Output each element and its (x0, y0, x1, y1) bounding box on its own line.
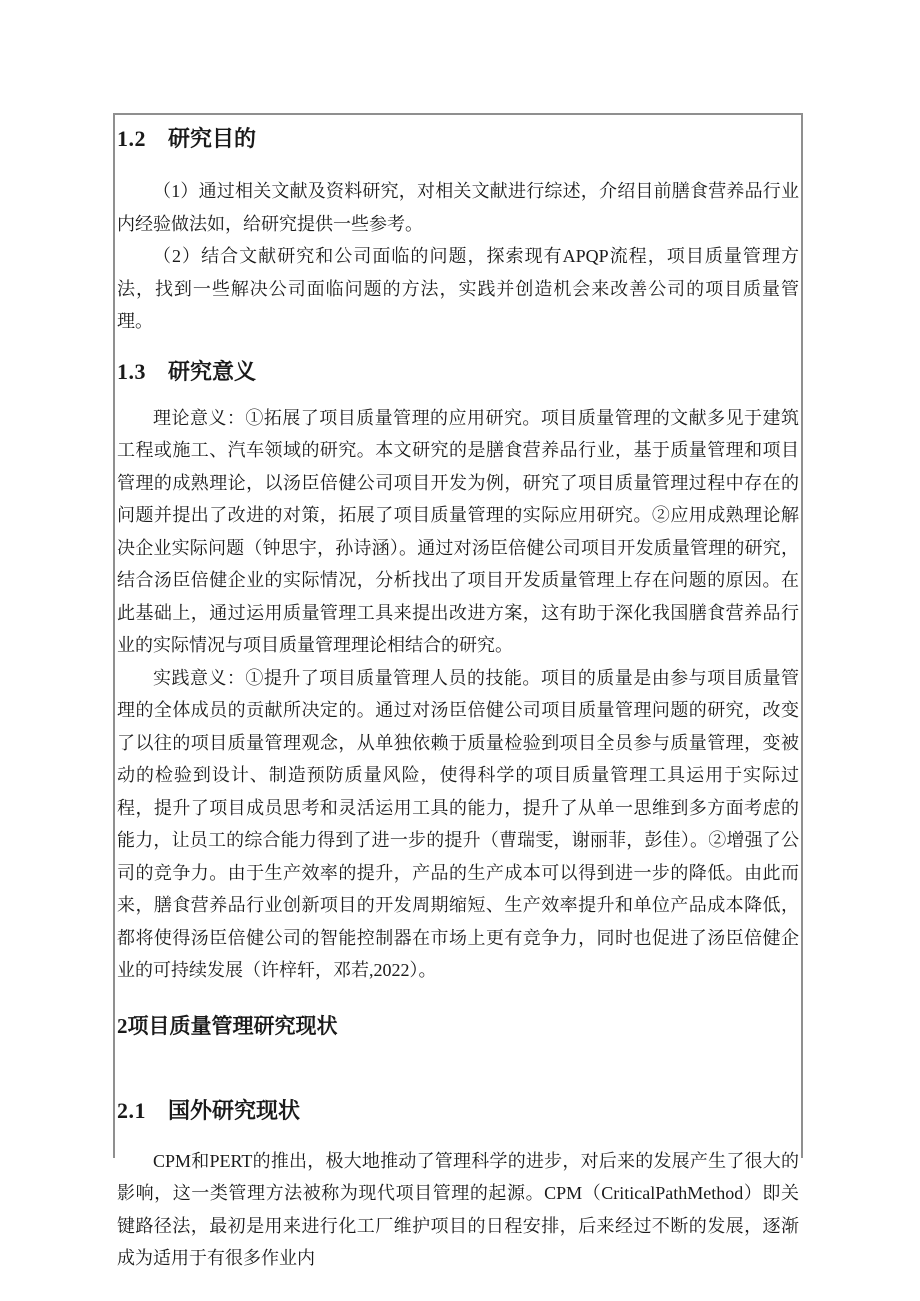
section-number: 1.2 (117, 126, 146, 151)
section-heading-2-1: 2.1国外研究现状 (117, 1093, 799, 1129)
document-page: { "doc": { "heading_1_2": { "number": "1… (0, 0, 920, 1301)
paragraph-practical-significance: 实践意义：①提升了项目质量管理人员的技能。项目的质量是由参与项目质量管理的全体成… (117, 662, 799, 987)
document-border-frame: 1.2研究目的 （1）通过相关文献及资料研究，对相关文献进行综述，介绍目前膳食营… (113, 113, 803, 1158)
section-title: 研究意义 (168, 359, 256, 384)
section-number: 2.1 (117, 1098, 146, 1123)
paragraph-cpm-pert: CPM和PERT的推出，极大地推动了管理科学的进步，对后来的发展产生了很大的影响… (117, 1145, 799, 1275)
section-title: 研究目的 (168, 126, 256, 151)
paragraph-theoretical-significance: 理论意义：①拓展了项目质量管理的应用研究。项目质量管理的文献多见于建筑工程或施工… (117, 402, 799, 662)
chapter-title: 项目质量管理研究现状 (128, 1014, 338, 1038)
paragraph-research-purpose-1: （1）通过相关文献及资料研究，对相关文献进行综述，介绍目前膳食营养品行业内经验做… (117, 175, 799, 240)
paragraph-research-purpose-2: （2）结合文献研究和公司面临的问题，探索现有APQP流程，项目质量管理方法，找到… (117, 240, 799, 338)
section-title: 国外研究现状 (168, 1098, 300, 1123)
chapter-number: 2 (117, 1014, 128, 1038)
section-heading-1-2: 1.2研究目的 (117, 121, 799, 157)
chapter-heading-2: 2项目质量管理研究现状 (117, 1009, 799, 1043)
section-number: 1.3 (117, 359, 146, 384)
section-heading-1-3: 1.3研究意义 (117, 354, 799, 390)
